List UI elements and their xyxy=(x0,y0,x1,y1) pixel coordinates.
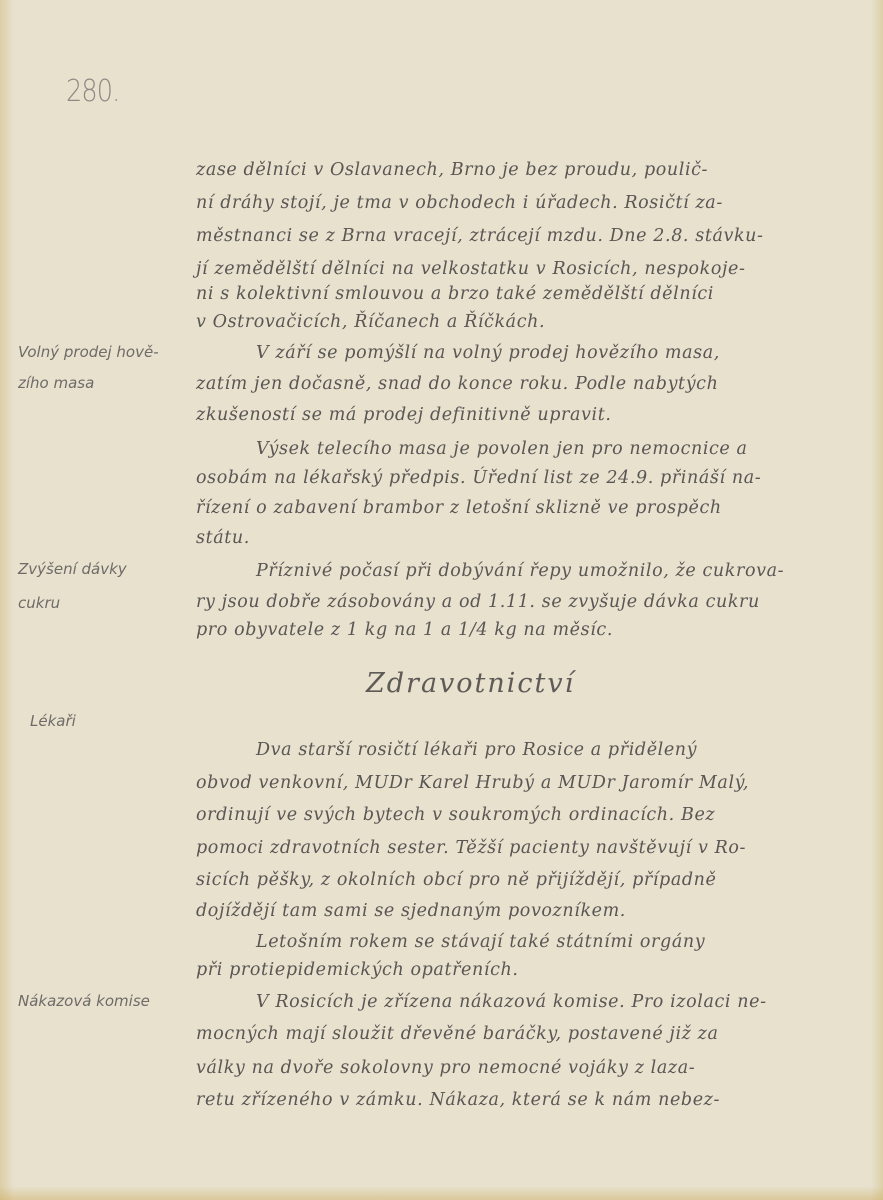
margin-note-doctors: Lékaři xyxy=(30,712,76,730)
text-line: V Rosicích je zřízena nákazová komise. P… xyxy=(256,992,767,1012)
text-line: mocných mají sloužit dřevěné baráčky, po… xyxy=(196,1024,719,1044)
text-line: ordinují ve svých bytech v soukromých or… xyxy=(196,805,715,825)
margin-note-sugar-increase-cont: cukru xyxy=(18,594,60,612)
text-line: při protiepidemických opatřeních. xyxy=(196,960,519,980)
text-line: ry jsou dobře zásobovány a od 1.11. se z… xyxy=(196,592,760,612)
text-line: pro obyvatele z 1 kg na 1 a 1/4 kg na mě… xyxy=(196,620,613,640)
text-line: Výsek telecího masa je povolen jen pro n… xyxy=(256,439,748,459)
text-line: zkušeností se má prodej definitivně upra… xyxy=(196,405,612,425)
text-line: zatím jen dočasně, snad do konce roku. P… xyxy=(196,374,718,394)
text-line: obvod venkovní, MUDr Karel Hrubý a MUDr … xyxy=(196,773,749,793)
text-line: státu. xyxy=(196,528,250,548)
text-line: sicích pěšky, z okolních obcí pro ně při… xyxy=(196,870,717,890)
text-line: městnanci se z Brna vracejí, ztrácejí mz… xyxy=(196,226,764,246)
text-line: Dva starší rosičtí lékaři pro Rosice a p… xyxy=(256,740,697,760)
section-heading: Zdravotnictví xyxy=(366,668,575,699)
text-line: Příznivé počasí při dobývání řepy umožni… xyxy=(256,561,784,581)
text-line: zase dělníci v Oslavanech, Brno je bez p… xyxy=(196,160,708,180)
text-line: v Ostrovačicích, Říčanech a Říčkách. xyxy=(196,312,545,332)
margin-note-free-beef-sale: Volný prodej hově- xyxy=(18,343,159,361)
text-line: pomoci zdravotních sester. Těžší pacient… xyxy=(196,838,746,858)
text-line: V září se pomýšlí na volný prodej hovězí… xyxy=(256,343,720,363)
text-line: Letošním rokem se stávají také státními … xyxy=(256,932,705,952)
margin-note-sugar-increase: Zvýšení dávky xyxy=(18,560,127,578)
page-number: 280. xyxy=(66,74,119,109)
text-line: ni s kolektivní smlouvou a brzo také zem… xyxy=(196,284,714,304)
text-line: řízení o zabavení brambor z letošní skli… xyxy=(196,498,722,518)
document-page: 280. Volný prodej hově- zího masa Zvýšen… xyxy=(0,0,883,1200)
text-line: ní dráhy stojí, je tma v obchodech i úřa… xyxy=(196,193,723,213)
text-line: války na dvoře sokolovny pro nemocné voj… xyxy=(196,1058,695,1078)
text-line: osobám na lékařský předpis. Úřední list … xyxy=(196,468,761,488)
margin-note-free-beef-sale-cont: zího masa xyxy=(18,374,94,392)
text-line: dojíždějí tam sami se sjednaným povozník… xyxy=(196,901,626,921)
text-line: retu zřízeného v zámku. Nákaza, která se… xyxy=(196,1090,720,1110)
text-line: jí zemědělští dělníci na velkostatku v R… xyxy=(196,259,746,279)
margin-note-infection-commission: Nákazová komise xyxy=(18,992,150,1010)
